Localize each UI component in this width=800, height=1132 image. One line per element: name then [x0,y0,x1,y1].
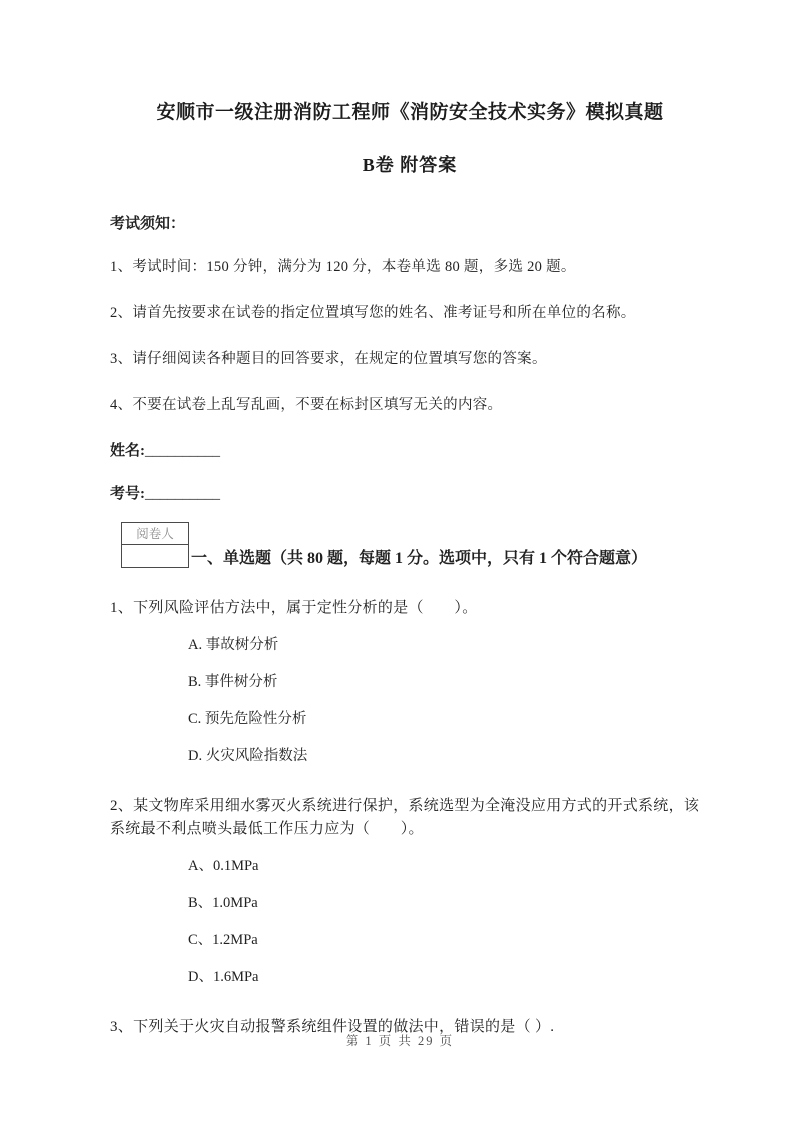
notice-item-3: 3、请仔细阅读各种题目的回答要求，在规定的位置填写您的答案。 [110,348,710,371]
name-field-blank-line: __________ [145,443,220,459]
notice-heading: 考试须知： [110,212,710,233]
question-1-option-c: C. 预先危险性分析 [110,708,710,731]
exam-paper-page: 安顺市一级注册消防工程师《消防安全技术实务》模拟真题 B卷 附答案 考试须知： … [0,0,800,1132]
grader-box-label: 阅卷人 [122,523,188,545]
document-subtitle: B卷 附答案 [110,151,710,177]
question-2-stem: 2、某文物库采用细水雾灭火系统进行保护，系统选型为全淹没应用方式的开式系统，该系… [110,795,710,841]
exam-number-field-label: 考号: [110,486,145,502]
page-footer-pagination: 第 1 页 共 29 页 [0,1031,800,1049]
name-field: 姓名:__________ [110,439,710,460]
question-1-option-a: A. 事故树分析 [110,634,710,657]
grader-section-row: 阅卷人 一、单选题（共 80 题，每题 1 分。选项中，只有 1 个符合题意） [121,522,710,568]
notice-item-1: 1、考试时间：150 分钟，满分为 120 分，本卷单选 80 题，多选 20 … [110,256,710,279]
question-1-option-d: D. 火灾风险指数法 [110,745,710,768]
notice-item-4: 4、不要在试卷上乱写乱画，不要在标封区填写无关的内容。 [110,394,710,417]
grader-score-box: 阅卷人 [121,522,189,568]
question-1-option-b: B. 事件树分析 [110,671,710,694]
page-content: 安顺市一级注册消防工程师《消防安全技术实务》模拟真题 B卷 附答案 考试须知： … [110,0,710,1039]
document-title: 安顺市一级注册消防工程师《消防安全技术实务》模拟真题 [110,97,710,124]
exam-number-field-blank-line: __________ [145,486,220,502]
grader-box-empty-cell [122,545,188,567]
question-2-option-a: A、0.1MPa [110,855,710,878]
exam-number-field: 考号:__________ [110,482,710,503]
notice-item-2: 2、请首先按要求在试卷的指定位置填写您的姓名、准考证号和所在单位的名称。 [110,302,710,325]
question-2-option-b: B、1.0MPa [110,892,710,915]
question-2-option-d: D、1.6MPa [110,966,710,989]
name-field-label: 姓名: [110,443,145,459]
question-2-option-c: C、1.2MPa [110,929,710,952]
section-heading-single-choice: 一、单选题（共 80 题，每题 1 分。选项中，只有 1 个符合题意） [191,547,647,571]
question-1-stem: 1、下列风险评估方法中，属于定性分析的是（ ）。 [110,597,710,620]
